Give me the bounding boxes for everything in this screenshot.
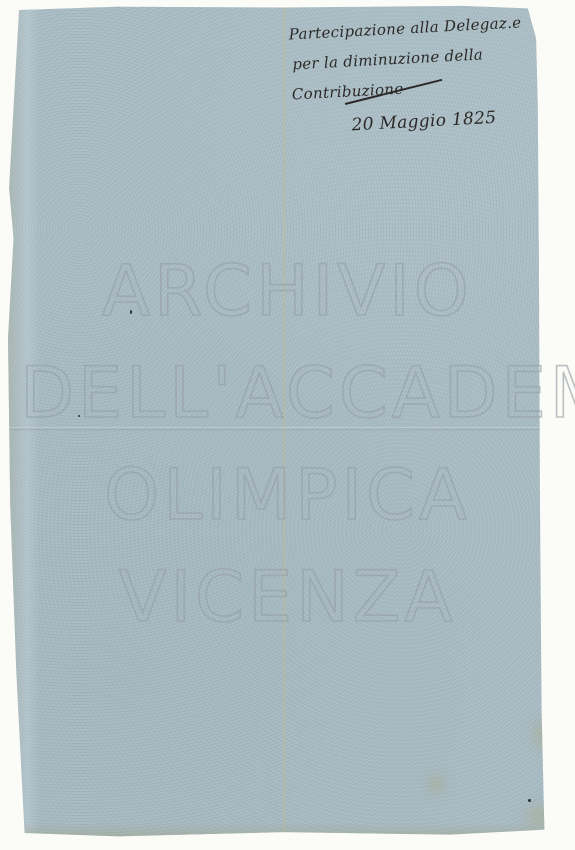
ink-spot bbox=[528, 799, 531, 802]
stain bbox=[526, 805, 552, 827]
ink-spot bbox=[553, 702, 558, 706]
watermark-line: OLIMPICA bbox=[0, 444, 575, 546]
archive-watermark: ARCHIVIO DELL'ACCADEMIA OLIMPICA VICENZA bbox=[0, 240, 575, 648]
watermark-line: VICENZA bbox=[0, 546, 575, 648]
watermark-line: DELL'ACCADEMIA bbox=[20, 342, 575, 444]
stain bbox=[426, 775, 446, 793]
watermark-line: ARCHIVIO bbox=[0, 240, 575, 342]
stain bbox=[533, 720, 563, 750]
handwritten-docket: Partecipazione alla Delegaz.e per la dim… bbox=[280, 5, 566, 143]
